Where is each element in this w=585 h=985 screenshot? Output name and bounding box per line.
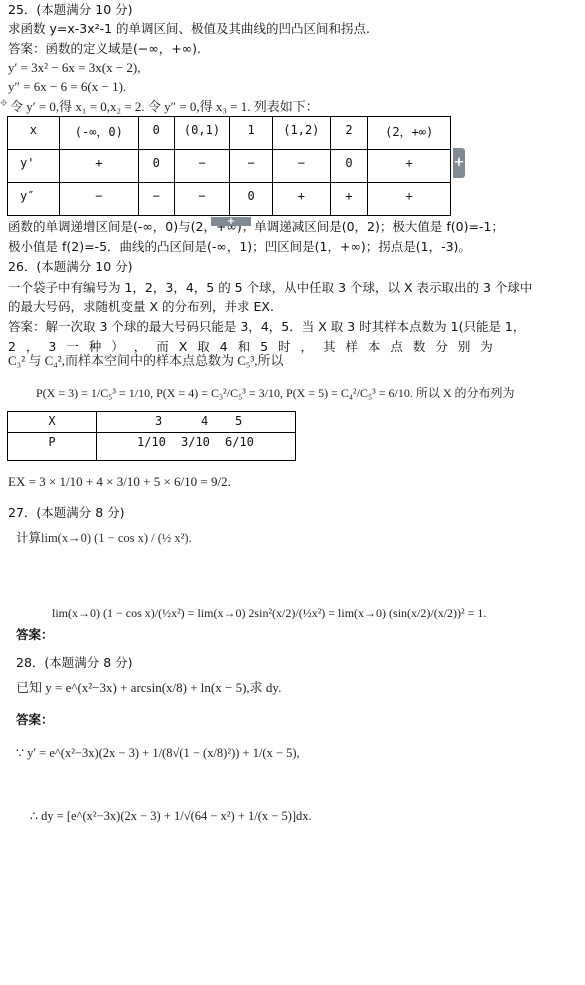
q25-first-derivative: y′ = 3x² − 6x = 3x(x − 2), (8, 60, 140, 76)
table-cell: + (368, 150, 451, 183)
q26-expectation: EX = 3 × 1/10 + 4 × 3/10 + 5 × 6/10 = 9/… (8, 474, 231, 490)
q26-question-line1: 一个袋子中有编号为 1，2，3，4，5 的 5 个球，从中任取 3 个球，以 X… (8, 280, 532, 296)
q28-answer-label: 答案： (16, 712, 54, 728)
table-cell: y' (8, 150, 60, 183)
table-row: P 1/103/106/10 (8, 433, 296, 461)
q28-title: 28．(本题满分 8 分) (16, 655, 133, 671)
table-add-row-icon[interactable]: + (211, 217, 251, 226)
table-cell: 0 (138, 117, 174, 150)
x-value: 4 (201, 414, 235, 428)
table-cell: + (368, 183, 451, 216)
table-row: y″ − − − 0 + + + (8, 183, 451, 216)
move-anchor-icon[interactable]: ✥ (0, 100, 9, 109)
table-cell: − (272, 150, 330, 183)
q28-question: 已知 y = e^(x²−3x) + arcsin(x/8) + ln(x − … (16, 680, 281, 696)
q28-derivative: ∵ y′ = e^(x²−3x)(2x − 3) + 1/(8√(1 − (x/… (16, 745, 300, 761)
q27-question-prefix: 计算 (16, 530, 41, 545)
table-cell: − (59, 183, 138, 216)
q27-answer-label: 答案： (16, 627, 54, 643)
table-cell: y″ (8, 183, 60, 216)
table-cell: x (8, 117, 60, 150)
q27-answer-expr: lim(x→0) (1 − cos x)/(½x²) = lim(x→0) 2s… (52, 605, 486, 621)
table-cell: X (8, 412, 97, 433)
table-cell: + (59, 150, 138, 183)
table-cell: 0 (330, 150, 368, 183)
q26-title: 26．(本题满分 10 分) (8, 259, 133, 275)
table-cell: 0 (230, 183, 273, 216)
q25-setup: 令 y′ = 0,得 x₁ = 0,x₂ = 2. 令 y″ = 0,得 x₃ … (10, 99, 319, 115)
q25-sign-table: x (-∞，0) 0 (0,1) 1 (1,2) 2 (2，+∞) y' + 0… (7, 116, 451, 216)
q25-question: 求函数 y=x-3x²-1 的单调区间、极值及其曲线的凹凸区间和拐点. (8, 21, 370, 37)
table-header-row: x (-∞，0) 0 (0,1) 1 (1,2) 2 (2，+∞) (8, 117, 451, 150)
q25-conclusion-line2: 极小值是 f(2)=-5．曲线的凸区间是(-∞，1)；凹区间是(1，+∞)；拐点… (8, 239, 471, 255)
table-cell: (0,1) (174, 117, 230, 150)
table-cell: (2，+∞) (368, 117, 451, 150)
q25-conclusion-line1: 函数的单调递增区间是(-∞，0)与(2，+∞)；单调递减区间是(0，2)；极大值… (8, 219, 504, 235)
table-row: X 345 (8, 412, 296, 433)
q25-second-derivative: y″ = 6x − 6 = 6(x − 1). (8, 79, 126, 95)
table-cell: (1,2) (272, 117, 330, 150)
x-value: 5 (235, 414, 242, 428)
p-value: 6/10 (225, 435, 254, 449)
q28-differential: ∴ dy = [e^(x²−3x)(2x − 3) + 1/√(64 − x²)… (30, 808, 312, 824)
table-cell: P (8, 433, 97, 461)
q27-title: 27．(本题满分 8 分) (8, 505, 125, 521)
q26-distribution-table: X 345 P 1/103/106/10 (7, 411, 296, 461)
p-value: 1/10 (137, 435, 181, 449)
q26-probabilities: P(X = 3) = 1/C₅³ = 1/10, P(X = 4) = C₃²/… (36, 385, 515, 401)
q27-question-expr: lim(x→0) (1 − cos x) / (½ x²). (41, 531, 192, 545)
q25-title: 25．(本题满分 10 分) (8, 2, 133, 18)
table-cell: 0 (138, 150, 174, 183)
table-cell: 1/103/106/10 (97, 433, 296, 461)
table-cell: 345 (97, 412, 296, 433)
p-value: 3/10 (181, 435, 225, 449)
q27-question: 计算lim(x→0) (1 − cos x) / (½ x²). (16, 530, 192, 546)
table-cell: 2 (330, 117, 368, 150)
q25-answer-intro: 答案：函数的定义域是(−∞，+∞). (8, 41, 201, 57)
q26-answer-line1: 答案：解一次取 3 个球的最大号码只能是 3，4，5．当 X 取 3 时其样本点… (8, 319, 525, 335)
q26-question-line2: 的最大号码，求随机变量 X 的分布列，并求 EX. (8, 299, 274, 315)
table-cell: − (174, 150, 230, 183)
table-cell: − (230, 150, 273, 183)
table-cell: + (330, 183, 368, 216)
table-cell: 1 (230, 117, 273, 150)
table-cell: (-∞，0) (59, 117, 138, 150)
table-row: y' + 0 − − − 0 + (8, 150, 451, 183)
x-value: 3 (155, 414, 201, 428)
q26-answer-line3: C₃² 与 C₄²,而样本空间中的样本点总数为 C₅³,所以 (8, 353, 284, 369)
table-cell: − (174, 183, 230, 216)
table-add-column-icon[interactable]: + (453, 148, 465, 178)
table-cell: − (138, 183, 174, 216)
table-cell: + (272, 183, 330, 216)
